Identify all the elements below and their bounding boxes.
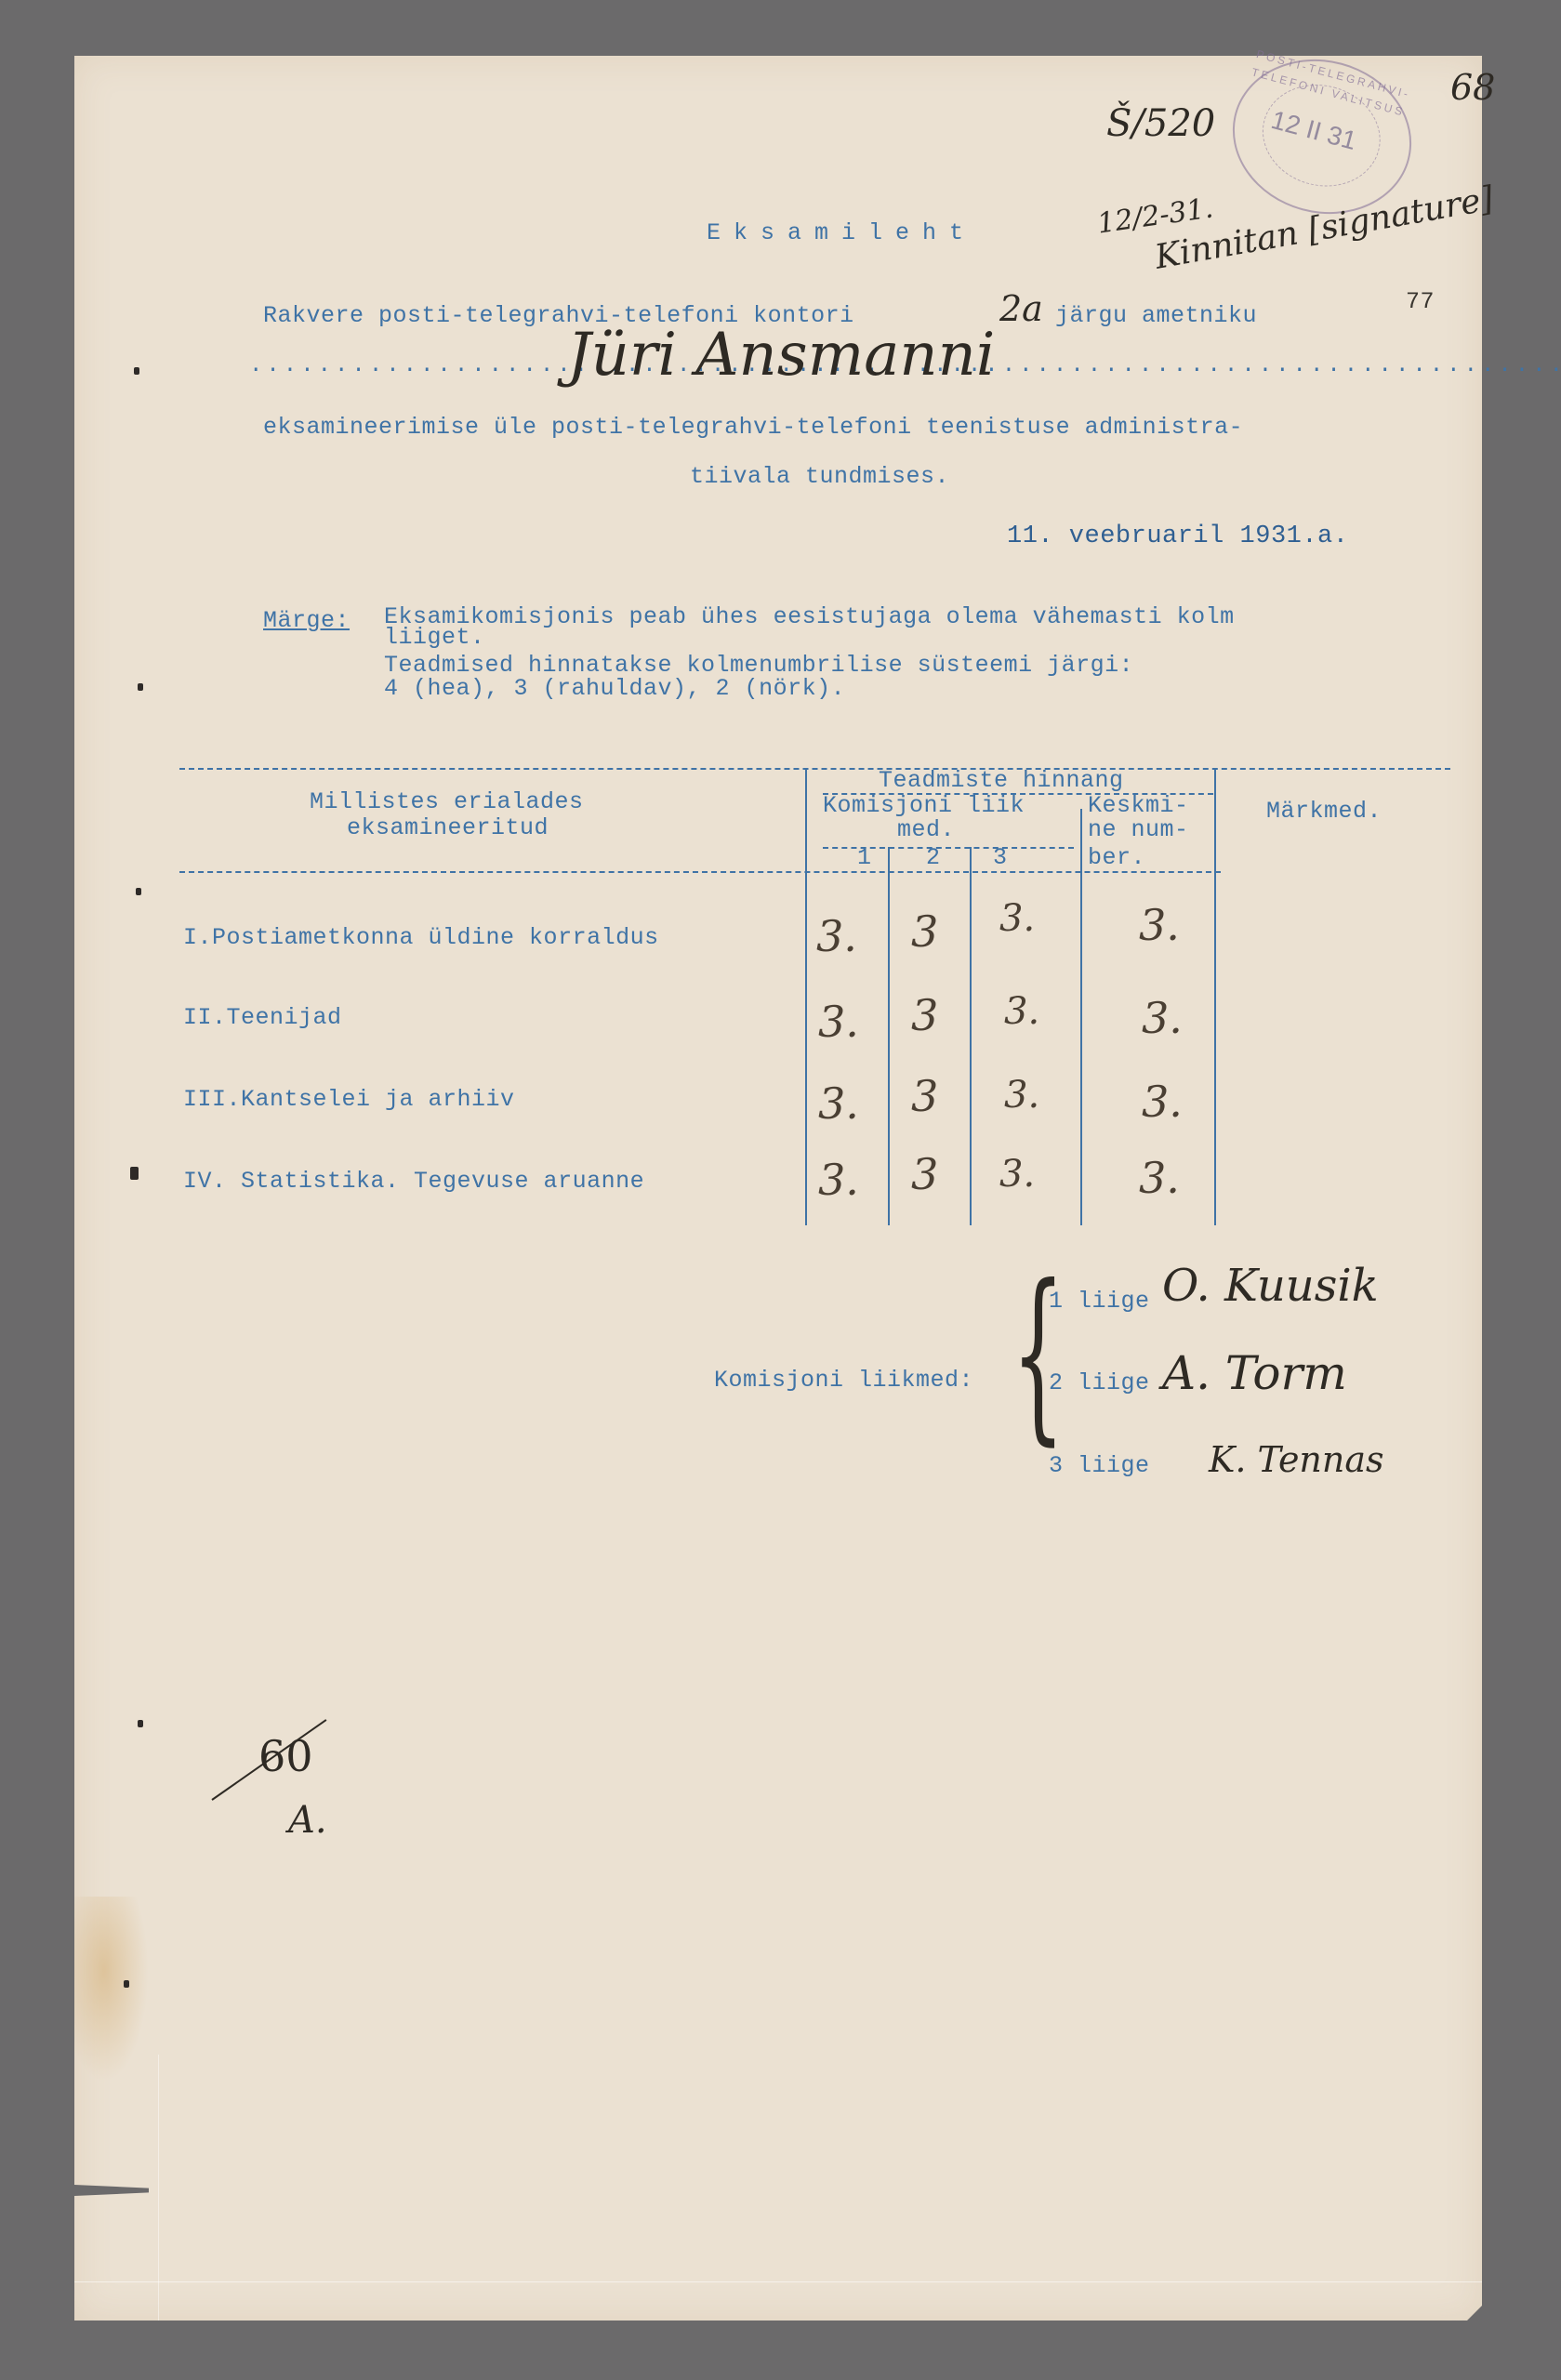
paper-crease-vertical [158, 2055, 159, 2320]
tack-mark [130, 1167, 139, 1180]
tack-mark [138, 1720, 143, 1727]
member-1-label: 1 liige [1049, 1288, 1150, 1315]
subject-line-1: eksamineerimise üle posti-telegrahvi-tel… [263, 414, 1243, 441]
row-grade-1: 3. [818, 1155, 859, 1205]
header-subjects-line2: eksamineeritud [347, 814, 549, 841]
tack-mark [138, 683, 143, 691]
row-grade-2: 3 [911, 1149, 938, 1199]
member-3-label: 3 liige [1049, 1452, 1150, 1479]
rank-handwritten: 2a [999, 288, 1043, 329]
header-member-2: 2 [926, 844, 941, 871]
table-col-divider [970, 847, 972, 1225]
row-subject: III.Kantselei ja arhiiv [183, 1086, 515, 1113]
header-group: Teadmiste hinnang [879, 767, 1124, 794]
row-average: 3. [1139, 900, 1180, 950]
reference-number: Š/520 [1106, 102, 1215, 145]
header-commission-line2: med. [897, 816, 955, 843]
row-subject: II.Teenijad [183, 1004, 342, 1031]
folio-number: 68 [1450, 67, 1495, 108]
row-grade-2: 3 [911, 906, 938, 957]
header-remarks: Märkmed. [1266, 798, 1382, 825]
header-average-line3: ber. [1088, 844, 1145, 871]
table-top-rule [179, 768, 1450, 770]
note-line-4: 4 (hea), 3 (rahuldav), 2 (nörk). [384, 679, 845, 699]
paper-stain [74, 1897, 149, 2082]
document-date: 11. veebruaril 1931.a. [1007, 522, 1348, 550]
table-col-divider [1080, 809, 1082, 1225]
note-line-1: Eksamikomisjonis peab ühes eesistujaga o… [384, 607, 1235, 628]
paper-corner [1467, 2306, 1482, 2320]
note-line-2: liiget. [384, 628, 485, 648]
member-2-signature: A. Torm [1162, 1346, 1347, 1400]
header-subjects-line1: Millistes erialades [310, 788, 584, 815]
subject-line-2: tiivala tundmises. [690, 463, 949, 490]
header-average-line1: Keskmi- [1088, 792, 1189, 819]
note-label: Märge: [263, 607, 350, 634]
note-line-3: Teadmised hinnatakse kolmenumbrilise süs… [384, 655, 1133, 676]
paper-tear [74, 2185, 149, 2196]
document-title: Eksamileht [707, 219, 976, 246]
candidate-name: Jüri Ansmanni [567, 321, 995, 390]
bottom-note-top: 60 [258, 1731, 313, 1781]
row-average: 3. [1142, 993, 1183, 1043]
rank-suffix: järgu ametniku [1055, 302, 1257, 329]
bottom-note-bottom: A. [288, 1799, 327, 1842]
row-grade-1: 3. [818, 997, 859, 1047]
header-average-line2: ne num- [1088, 816, 1189, 843]
table-col-divider [805, 768, 807, 1225]
header-member-3: 3 [993, 844, 1008, 871]
table-col-divider [888, 847, 890, 1225]
member-2-label: 2 liige [1049, 1369, 1150, 1396]
tack-mark [124, 1980, 129, 1988]
row-grade-1: 3. [816, 911, 857, 961]
signatures-label: Komisjoni liikmed: [714, 1367, 973, 1394]
row-grade-3: 3. [999, 897, 1035, 940]
header-commission-line1: Komisjoni liik [823, 792, 1025, 819]
table-col-divider [1214, 768, 1216, 1225]
row-grade-3: 3. [999, 1153, 1035, 1196]
paper-crease [74, 2281, 1482, 2282]
row-average: 3. [1142, 1077, 1183, 1127]
row-grade-3: 3. [1004, 1074, 1039, 1117]
row-grade-3: 3. [1004, 990, 1039, 1033]
member-3-signature: K. Tennas [1209, 1439, 1384, 1480]
member-1-signature: O. Kuusik [1162, 1260, 1379, 1312]
row-grade-1: 3. [818, 1078, 859, 1129]
tack-mark [136, 888, 141, 895]
row-grade-2: 3 [911, 1071, 938, 1121]
table-header-bottom-rule [179, 871, 1221, 873]
row-average: 3. [1139, 1153, 1180, 1203]
tack-mark [134, 367, 139, 375]
row-subject: IV. Statistika. Tegevuse aruanne [183, 1168, 644, 1195]
row-grade-2: 3 [911, 990, 938, 1040]
header-member-1: 1 [857, 844, 872, 871]
typed-page-number: 77 [1406, 288, 1435, 315]
row-subject: I.Postiametkonna üldine korraldus [183, 924, 659, 951]
